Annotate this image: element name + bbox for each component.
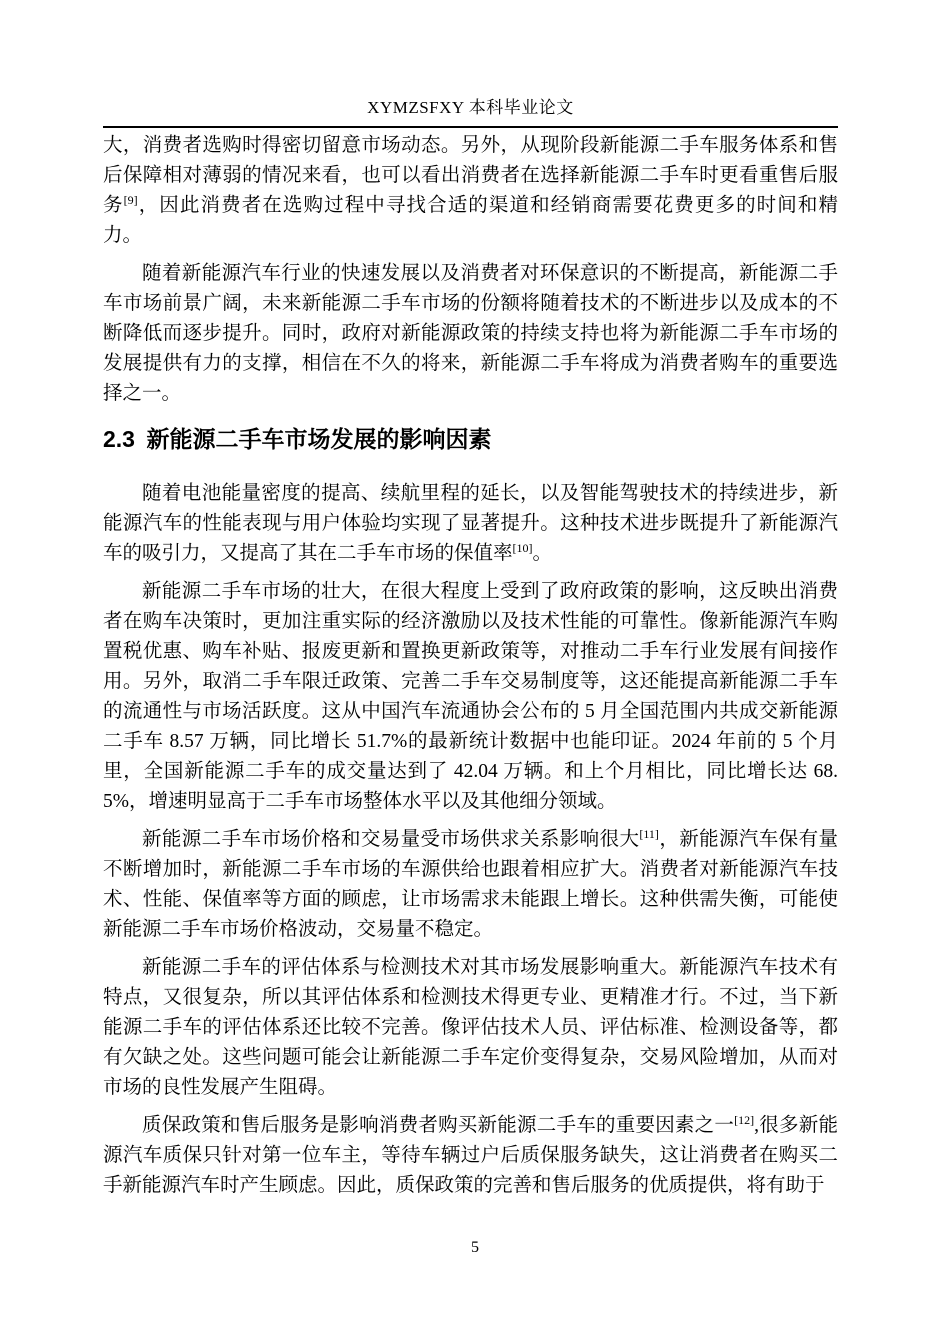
paragraph: 新能源二手车的评估体系与检测技术对其市场发展影响重大。新能源汽车技术有特点，又很… <box>103 953 838 1103</box>
paragraph-text: 随着新能源汽车行业的快速发展以及消费者对环保意识的不断提高，新能源二手车市场前景… <box>103 263 838 404</box>
paragraph-text: 。 <box>533 543 553 564</box>
paragraph: 随着新能源汽车行业的快速发展以及消费者对环保意识的不断提高，新能源二手车市场前景… <box>103 259 838 409</box>
page-header: XYMZSFXY 本科毕业论文 <box>103 97 838 119</box>
citation-marker: [9] <box>124 193 138 207</box>
page-number: 5 <box>471 1239 479 1256</box>
section-heading: 2.3 新能源二手车市场发展的影响因素 <box>103 425 838 453</box>
paragraph: 新能源二手车市场的壮大，在很大程度上受到了政府政策的影响，这反映出消费者在购车决… <box>103 577 838 817</box>
paragraph-text: 质保政策和售后服务是影响消费者购买新能源二手车的重要因素之一 <box>142 1115 734 1136</box>
paragraph: 质保政策和售后服务是影响消费者购买新能源二手车的重要因素之一[12],很多新能源… <box>103 1111 838 1201</box>
paragraph-text: 新能源二手车市场价格和交易量受市场供求关系影响很大 <box>142 829 639 850</box>
page-footer: 5 <box>0 1238 950 1258</box>
paragraph: 随着电池能量密度的提高、续航里程的延长，以及智能驾驶技术的持续进步，新能源汽车的… <box>103 479 838 569</box>
paragraph: 新能源二手车市场价格和交易量受市场供求关系影响很大[11]，新能源汽车保有量不断… <box>103 825 838 945</box>
paragraph-text: 随着电池能量密度的提高、续航里程的延长，以及智能驾驶技术的持续进步，新能源汽车的… <box>103 483 838 564</box>
paragraph-text: ，因此消费者在选购过程中寻找合适的渠道和经销商需要花费更多的时间和精力。 <box>103 195 838 246</box>
citation-marker: [12] <box>734 1113 754 1127</box>
text-column: XYMZSFXY 本科毕业论文 大，消费者选购时得密切留意市场动态。另外，从现阶… <box>103 97 838 1209</box>
document-body: 大，消费者选购时得密切留意市场动态。另外，从现阶段新能源二手车服务体系和售后保障… <box>103 131 838 1201</box>
document-page: XYMZSFXY 本科毕业论文 大，消费者选购时得密切留意市场动态。另外，从现阶… <box>0 0 950 1344</box>
citation-marker: [11] <box>639 827 659 841</box>
paragraph-text: 新能源二手车市场的壮大，在很大程度上受到了政府政策的影响，这反映出消费者在购车决… <box>103 581 838 812</box>
paragraph: 大，消费者选购时得密切留意市场动态。另外，从现阶段新能源二手车服务体系和售后保障… <box>103 131 838 251</box>
paragraph-text: 新能源二手车的评估体系与检测技术对其市场发展影响重大。新能源汽车技术有特点，又很… <box>103 957 838 1098</box>
header-divider <box>103 126 838 128</box>
citation-marker: [10] <box>513 541 533 555</box>
